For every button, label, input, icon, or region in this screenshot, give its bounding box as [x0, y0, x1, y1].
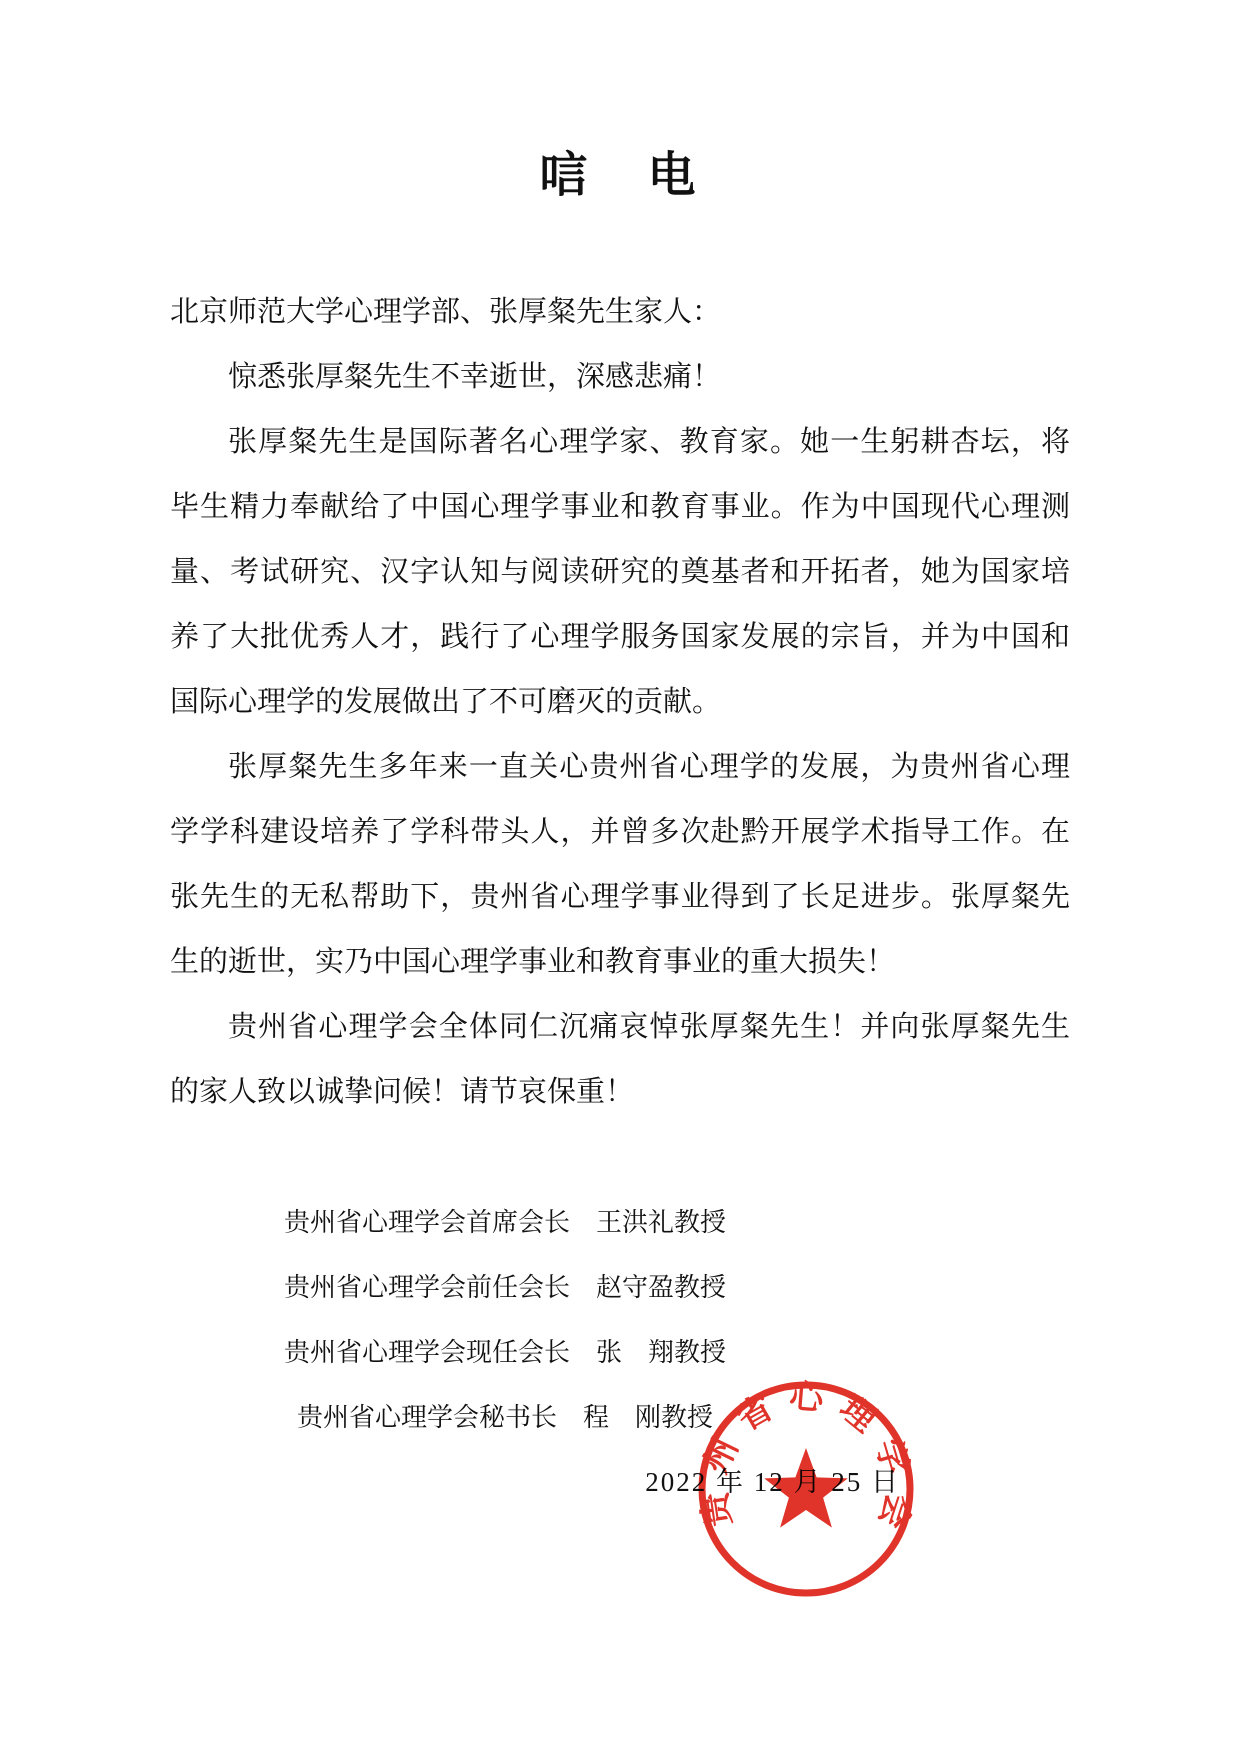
- date-line: 2022 年 12 月 25 日: [170, 1450, 1070, 1515]
- text-line: 贵州省心理学会全体同仁沉痛哀悼张厚粲先生！并向张厚粲先生: [170, 995, 1070, 1060]
- signature-line-former-president: 贵州省心理学会前任会长 赵守盈教授: [170, 1255, 840, 1320]
- condolence-letter-page: 唁 电 北京师范大学心理学部、张厚粲先生家人： 惊悉张厚粲先生不幸逝世，深感悲痛…: [0, 0, 1241, 1755]
- salutation-line: 北京师范大学心理学部、张厚粲先生家人：: [170, 280, 1070, 345]
- letter-body: 北京师范大学心理学部、张厚粲先生家人： 惊悉张厚粲先生不幸逝世，深感悲痛！ 张厚…: [170, 280, 1070, 1125]
- text-line: 学学科建设培养了学科带头人，并曾多次赴黔开展学术指导工作。在: [170, 800, 1070, 865]
- text-line: 国际心理学的发展做出了不可磨灭的贡献。: [170, 670, 1070, 735]
- text-line: 生的逝世，实乃中国心理学事业和教育事业的重大损失！: [170, 930, 1070, 995]
- page-title: 唁 电: [0, 148, 1241, 204]
- text-line: 的家人致以诚挚问候！请节哀保重！: [170, 1060, 1070, 1125]
- signature-block: 贵州省心理学会首席会长 王洪礼教授 贵州省心理学会前任会长 赵守盈教授 贵州省心…: [170, 1190, 840, 1450]
- text-line: 养了大批优秀人才，践行了心理学服务国家发展的宗旨，并为中国和: [170, 605, 1070, 670]
- signature-line-chief-president: 贵州省心理学会首席会长 王洪礼教授: [170, 1190, 840, 1255]
- text-line: 量、考试研究、汉字认知与阅读研究的奠基者和开拓者，她为国家培: [170, 540, 1070, 605]
- text-line: 张先生的无私帮助下，贵州省心理学事业得到了长足进步。张厚粲先: [170, 865, 1070, 930]
- signature-line-current-president: 贵州省心理学会现任会长 张 翔教授: [170, 1320, 840, 1385]
- text-line: 毕生精力奉献给了中国心理学事业和教育事业。作为中国现代心理测: [170, 475, 1070, 540]
- text-line: 张厚粲先生多年来一直关心贵州省心理学的发展，为贵州省心理: [170, 735, 1070, 800]
- signature-line-secretary-general: 贵州省心理学会秘书长 程 刚教授: [170, 1385, 840, 1450]
- text-line: 惊悉张厚粲先生不幸逝世，深感悲痛！: [170, 345, 1070, 410]
- text-line: 张厚粲先生是国际著名心理学家、教育家。她一生躬耕杏坛，将: [170, 410, 1070, 475]
